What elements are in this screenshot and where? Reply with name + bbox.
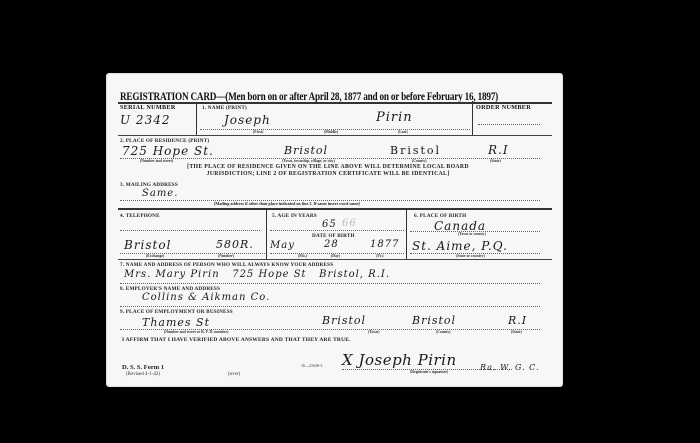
contact-person-label: 7. Name and Address of Person Who Will A… <box>120 262 333 268</box>
clerk-initials: Ra. W. G. C. <box>480 363 540 372</box>
residence-state-caption: (State) <box>490 159 501 163</box>
form-name: D. S. S. Form 1 <box>122 364 164 371</box>
employment-county-caption: (County) <box>436 330 451 334</box>
dob-year-caption: (Yr.) <box>376 254 384 258</box>
employment-street-caption: (Number and street or R. F. D. number) <box>164 330 228 334</box>
age-value: 65 <box>322 219 337 230</box>
telephone-exchange-value: Bristol <box>124 238 171 252</box>
divider <box>118 135 552 136</box>
divider <box>472 101 473 135</box>
serial-number-label: SERIAL NUMBER <box>120 104 176 111</box>
name-last-caption: (Last) <box>398 130 408 134</box>
order-number-label: ORDER NUMBER <box>476 104 531 111</box>
divider <box>120 230 260 231</box>
employment-state-caption: (State) <box>511 330 522 334</box>
employment-place-label: 9. Place of Employment or Business <box>120 309 233 315</box>
residence-county-caption: (County) <box>412 159 427 163</box>
residence-notice-line2: JURISDICTION; LINE 2 OF REGISTRATION CER… <box>128 171 528 178</box>
employment-county-value: Bristol <box>412 314 456 327</box>
mailing-address-value: Same. <box>142 188 178 199</box>
serial-number-value: U 2342 <box>120 113 170 127</box>
employment-town-value: Bristol <box>322 314 366 327</box>
residence-county-value: Bristol <box>390 144 441 157</box>
name-first-value: Joseph <box>224 113 271 127</box>
employment-state-value: R.I <box>508 314 527 327</box>
birthplace-state-value: St. Aime, P.Q. <box>412 239 508 253</box>
mailing-address-caption: [Mailing address if other than place ind… <box>214 201 360 206</box>
name-last-value: Pirin <box>376 110 413 125</box>
residence-town-caption: (Town, township, village, or city) <box>282 159 335 163</box>
signature-caption: (Registrant's signature) <box>410 370 448 374</box>
order-number-field <box>478 124 540 125</box>
residence-notice: [THE PLACE OF RESIDENCE GIVEN ON THE LIN… <box>128 164 528 178</box>
divider <box>120 253 265 254</box>
form-revised: (Revised 4-1-42) <box>126 372 160 377</box>
divider <box>120 306 540 307</box>
residence-notice-line1: [THE PLACE OF RESIDENCE GIVEN ON THE LIN… <box>128 164 528 171</box>
registrant-signature: X Joseph Pirin <box>342 351 457 369</box>
name-first-caption: (First) <box>253 130 263 134</box>
divider <box>196 103 197 135</box>
age-annotation: 66 <box>342 218 357 229</box>
affirmation-text: I Affirm That I Have Verified Above Answ… <box>122 337 351 343</box>
form-over: (over) <box>228 372 240 377</box>
print-code: 16—21630-3 <box>301 363 322 368</box>
divider <box>120 283 540 284</box>
employment-street-value: Thames St <box>142 316 210 329</box>
telephone-exchange-caption: (Exchange) <box>146 254 164 258</box>
card-title: REGISTRATION CARD—(Men born on or after … <box>120 90 498 103</box>
dob-year-value: 1877 <box>370 239 399 250</box>
age-label: 5. Age in Years <box>272 213 317 219</box>
residence-state-value: R.I <box>488 143 509 157</box>
birthplace-state-caption: (State or country) <box>456 254 485 258</box>
dob-day-value: 28 <box>324 239 339 250</box>
telephone-number-value: 580R. <box>216 238 254 251</box>
contact-person-value: Mrs. Mary Pirin 725 Hope St Bristol, R.I… <box>124 269 390 280</box>
name-middle-caption: (Middle) <box>324 130 338 134</box>
telephone-label: 4. Telephone <box>120 213 160 219</box>
residence-street-caption: (Number and street) <box>140 159 173 163</box>
dob-day-caption: (Day) <box>331 254 340 258</box>
registration-card: REGISTRATION CARD—(Men born on or after … <box>106 73 563 387</box>
dob-month-value: May <box>270 240 295 251</box>
divider <box>266 209 267 259</box>
residence-street-value: 725 Hope St. <box>122 144 214 158</box>
divider <box>118 208 552 210</box>
divider <box>270 230 404 231</box>
employer-value: Collins & Aikman Co. <box>142 292 270 303</box>
name-label: 1. Name (Print) <box>202 105 247 111</box>
residence-town-value: Bristol <box>284 144 328 157</box>
divider <box>406 209 407 259</box>
dob-month-caption: (Mo.) <box>298 254 307 258</box>
divider <box>118 259 552 260</box>
birthplace-town-caption: (Town or county) <box>458 232 486 236</box>
telephone-number-caption: (Number) <box>218 254 234 258</box>
employment-town-caption: (Town) <box>368 330 379 334</box>
